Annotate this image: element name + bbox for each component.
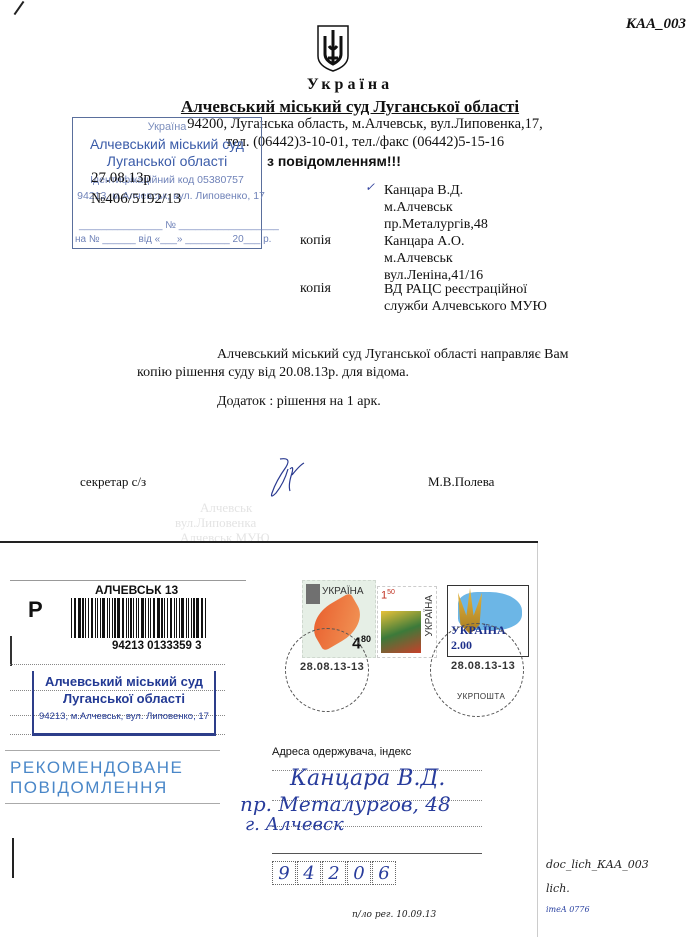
copy-label: копія	[300, 281, 331, 297]
postmark-org: УКРПОШТА	[457, 692, 505, 701]
rider-illustration-icon	[381, 611, 421, 653]
registered-mark: P	[28, 597, 43, 623]
recipient-3-line1: ВД РАЦС реєстраційної	[384, 281, 547, 298]
postmark-date: 28.08.13-13	[300, 661, 364, 673]
divider	[5, 750, 220, 751]
recipient-3-line2: служби Алчевського МУЮ	[384, 298, 547, 315]
signer-name: М.В.Полева	[428, 474, 494, 490]
postal-index-digit: 4	[297, 861, 321, 885]
recipient-1-street: пр.Металургів,48	[384, 216, 488, 233]
barcode-icon	[71, 598, 206, 638]
stamp-value: 150	[381, 589, 395, 602]
signer-role: секретар с/з	[80, 474, 146, 490]
stamp-country: Україна	[73, 121, 261, 133]
barcode-number: 94213 0133359 3	[112, 640, 202, 652]
sender-line3: 94213, м.Алчевськ, вул. Липовенко, 17	[34, 711, 214, 722]
sender-line2: Луганської області	[34, 691, 214, 706]
postal-index-digit: 6	[372, 861, 396, 885]
postmark-1: 28.08.13-13	[285, 628, 369, 712]
bleed-through-text: Алчевськ	[200, 500, 252, 516]
scan-imp-label: imeA 0776	[546, 905, 590, 914]
body-paragraph-cont: копію рішення суду від 20.08.13р. для ві…	[137, 365, 409, 381]
label-top-line	[10, 580, 246, 581]
registered-notice-line1: РЕКОМЕНДОВАНЕ	[10, 758, 183, 778]
document-id: КАА_003	[626, 16, 686, 33]
postmark-2: 28.08.13-13 УКРПОШТА	[430, 623, 524, 717]
envelope-right-edge	[537, 543, 538, 937]
margin-bar	[10, 636, 12, 666]
postmark-date: 28.08.13-13	[451, 660, 515, 672]
handwritten-recipient-city: г. Алчевск	[245, 814, 344, 835]
post-office-code: АЛЧЕВСЬК 13	[95, 583, 178, 597]
registration-date: 27.08.13р	[91, 170, 151, 187]
corner-mark	[14, 1, 25, 15]
registration-number: №406/5192/13	[91, 191, 181, 208]
scan-lich-label: lich.	[546, 882, 570, 895]
recipient-1-city: м.Алчевськ	[384, 199, 488, 216]
body-paragraph: Алчевський міський суд Луганської област…	[217, 347, 569, 363]
postal-index-digit: 2	[322, 861, 346, 885]
delivery-notice: з повідомленням!!!	[267, 153, 401, 169]
registered-notice-stamp: РЕКОМЕНДОВАНЕ ПОВІДОМЛЕННЯ	[10, 758, 183, 798]
copy-label: копія	[300, 233, 331, 249]
recipient-2-name: Канцара А.О.	[384, 233, 483, 250]
trident-icon	[306, 584, 320, 604]
sender-line1: Алчевський міський суд	[34, 674, 214, 689]
recipient-1-name: Канцара В.Д.	[384, 182, 488, 199]
scan-file-label: doc_lich_КАА_003	[546, 858, 649, 871]
divider	[5, 803, 220, 804]
bleed-through-text: вул.Липовенка	[175, 515, 256, 531]
handwritten-recipient-name: Канцара В.Д.	[290, 766, 445, 791]
handwritten-recipient-street: пр. Металургов, 48	[240, 792, 451, 816]
recipient-1: Канцара В.Д. м.Алчевськ пр.Металургів,48	[384, 182, 488, 233]
checkmark-icon: ✓	[365, 180, 375, 194]
postal-index-digit: 0	[347, 861, 371, 885]
postal-index-boxes: 9 4 2 0 6	[272, 861, 397, 885]
stamp-number-line: _______________ № __________________	[79, 220, 279, 231]
recipient-address-label: Адреса одержувача, індекс	[272, 746, 411, 758]
attachment-note: Додаток : рішення на 1 арк.	[217, 394, 381, 410]
stamp-court: Алчевський міський суд	[73, 136, 261, 152]
recipient-3: ВД РАЦС реєстраційної служби Алчевського…	[384, 281, 547, 315]
index-divider	[272, 853, 482, 854]
dotted-line	[10, 664, 225, 665]
bleed-through-text: Алчевськ МУЮ	[180, 530, 270, 546]
envelope-top-edge	[0, 541, 538, 543]
postage-stamp-rider: 150 УКРАЇНА	[377, 586, 437, 658]
postal-index-digit: 9	[272, 861, 296, 885]
stamp-reference-line: на № ______ від «___» ________ 20___ р.	[75, 234, 271, 245]
stamp-region: Луганської області	[73, 153, 261, 169]
received-note: п/ло рег. 10.09.13	[352, 910, 436, 920]
sender-stamp: Алчевський міський суд Луганської област…	[32, 671, 216, 736]
recipient-2: Канцара А.О. м.Алчевськ вул.Леніна,41/16	[384, 233, 483, 284]
signature-icon	[262, 455, 312, 500]
stamp-country: УКРАЇНА	[424, 595, 435, 637]
registered-notice-line2: ПОВІДОМЛЕННЯ	[10, 778, 183, 798]
recipient-2-city: м.Алчевськ	[384, 250, 483, 267]
trident-emblem-icon	[316, 24, 350, 72]
country-title: Україна	[0, 76, 700, 94]
court-name: Алчевський міський суд Луганської област…	[0, 97, 700, 117]
margin-bar	[12, 838, 14, 878]
